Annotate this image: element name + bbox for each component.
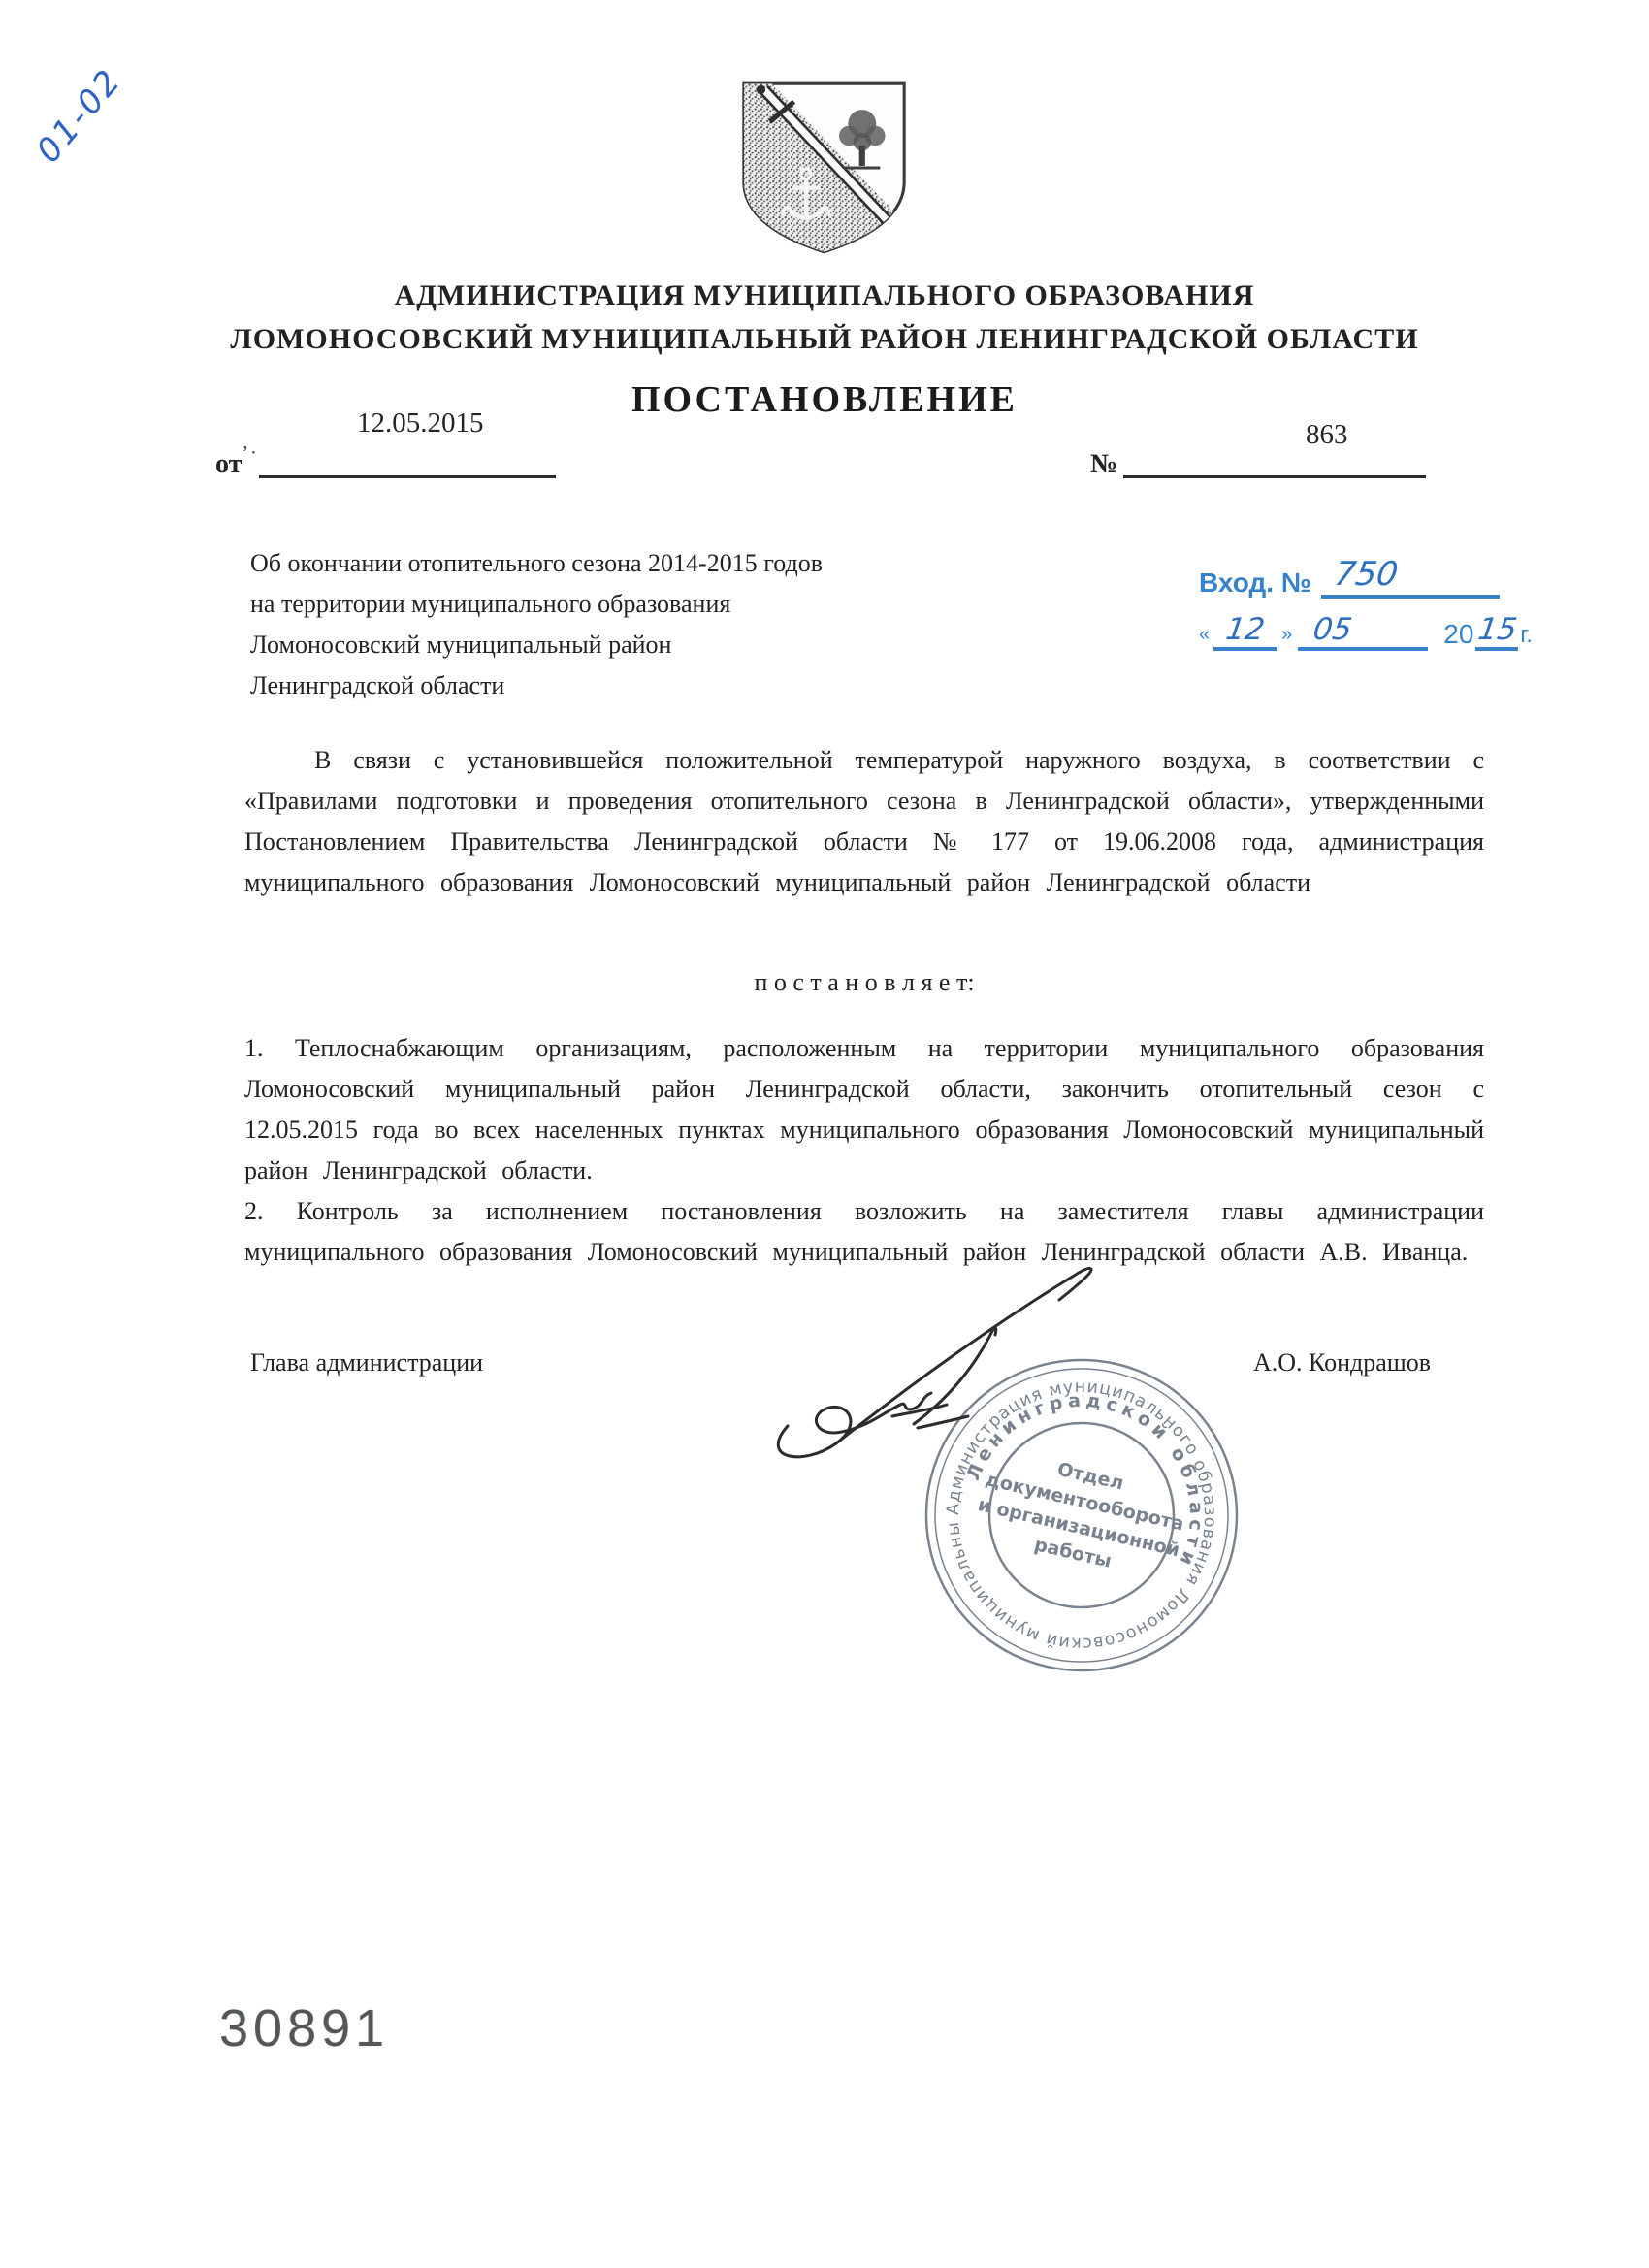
number-underline <box>1123 446 1426 478</box>
doc-number-field: № <box>1090 446 1426 480</box>
registry-number: 30891 <box>219 1998 389 2058</box>
incoming-stamp-label: Вход. № <box>1199 567 1311 599</box>
doc-date-field: от’· <box>215 442 556 480</box>
resolution-items: 1. Теплоснабжающим организациям, располо… <box>244 1028 1484 1273</box>
incoming-number-handwritten: 750 <box>1332 555 1401 594</box>
resolve-word: п о с т а н о в л я е т: <box>244 968 1484 997</box>
subject-block: Об окончании отопительного сезона 2014-2… <box>250 543 987 706</box>
subject-line: на территории муниципального образования <box>250 584 987 625</box>
date-underline <box>259 446 556 478</box>
open-quote-mark: « <box>1199 618 1210 651</box>
doc-date-value: 12.05.2015 <box>357 407 484 439</box>
signer-position: Глава администрации <box>250 1348 483 1377</box>
doc-number-label: № <box>1090 449 1117 479</box>
org-name-line1: АДМИНИСТРАЦИЯ МУНИЦИПАЛЬНОГО ОБРАЗОВАНИЯ <box>0 274 1649 317</box>
signature-stroke <box>747 1244 1115 1469</box>
year-suffix: г. <box>1520 620 1533 651</box>
incoming-day-handwritten: 12 <box>1224 612 1268 647</box>
body-paragraph: В связи с установившейся положительной т… <box>244 740 1484 903</box>
close-quote-mark: » <box>1281 618 1292 651</box>
corner-note-handwritten: 01-02 <box>29 61 130 171</box>
subject-line: Об окончании отопительного сезона 2014-2… <box>250 543 987 584</box>
incoming-year-handwritten: 15 <box>1475 612 1519 647</box>
incoming-stamp: Вход. № 750 « 12 » 05 20 15 г. <box>1199 555 1533 651</box>
org-name-line2: ЛОМОНОСОВСКИЙ МУНИЦИПАЛЬНЫЙ РАЙОН ЛЕНИНГ… <box>0 317 1649 361</box>
resolution-item: 1. Теплоснабжающим организациям, располо… <box>244 1028 1484 1191</box>
doc-date-label: от <box>215 449 242 479</box>
coat-of-arms-icon <box>720 78 928 258</box>
subject-line: Ленинградской области <box>250 665 987 706</box>
subject-line: Ломоносовский муниципальный район <box>250 625 987 665</box>
signer-name: А.О. Кондрашов <box>1253 1348 1431 1377</box>
year-prefix: 20 <box>1443 618 1473 651</box>
incoming-month-handwritten: 05 <box>1311 612 1355 647</box>
doc-type-title: ПОСТАНОВЛЕНИЕ <box>0 378 1649 421</box>
document-page: 01-02 <box>0 0 1649 2268</box>
pen-mark: ’· <box>242 442 258 464</box>
